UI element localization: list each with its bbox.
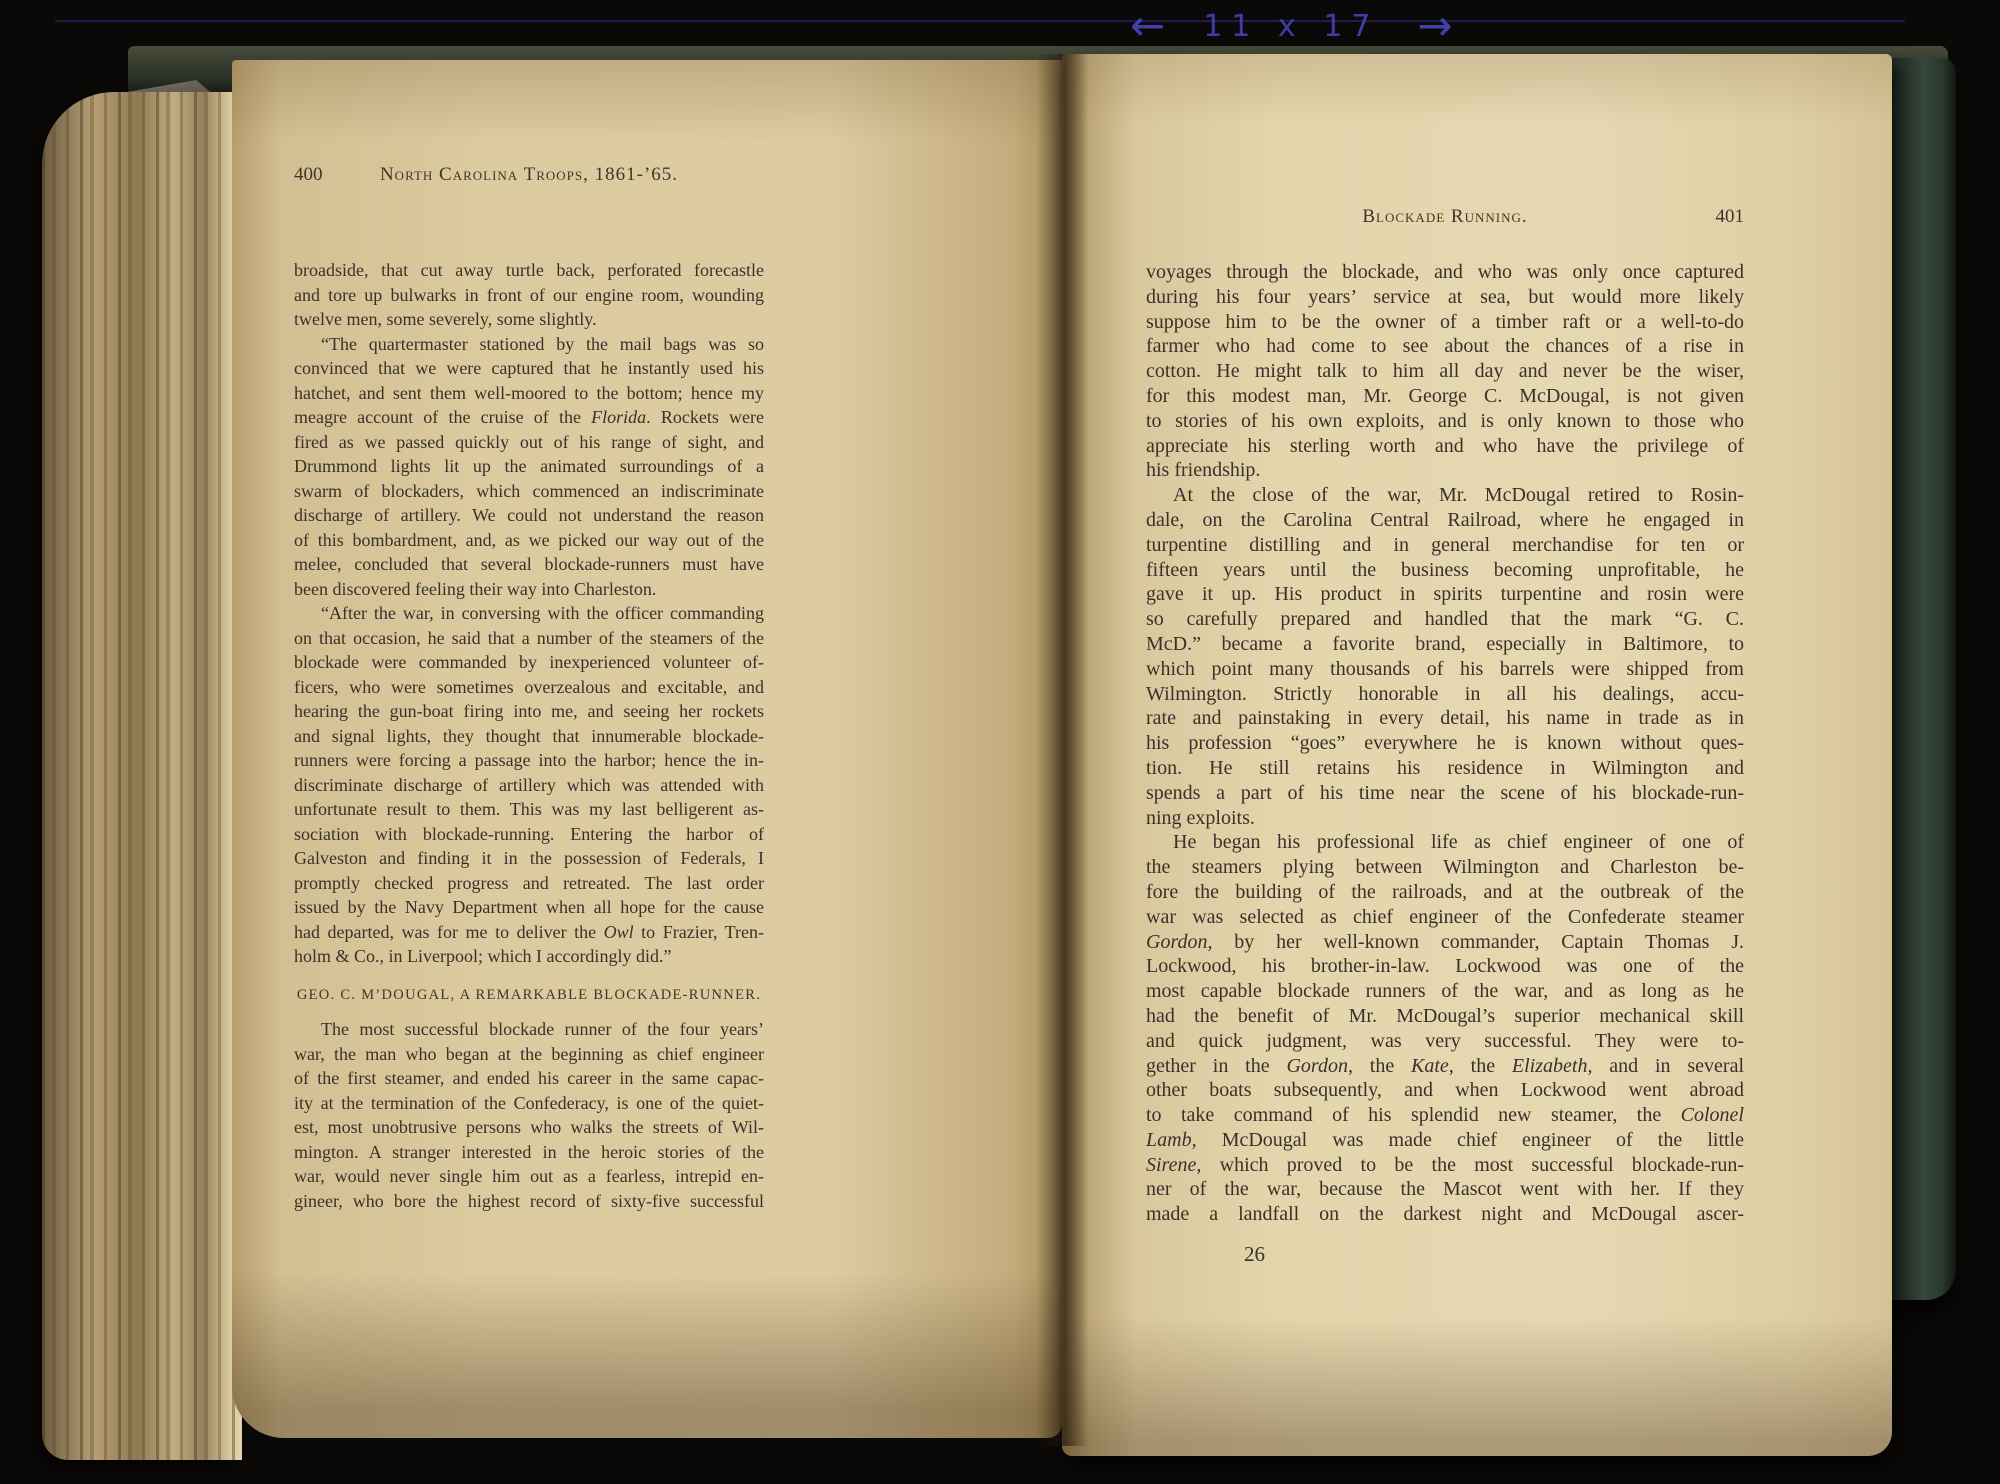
text-line: and quick judgment, was very successful.… [1146,1029,1744,1054]
text-line: during his four years’ service at sea, b… [1146,285,1744,310]
text-line: ficers, who were sometimes overzealous a… [294,675,764,700]
text-line: Galveston and finding it in the possessi… [294,846,764,871]
text-line: Sirene, which proved to be the most succ… [1146,1153,1744,1178]
text-line: and tore up bulwarks in front of our eng… [294,283,764,308]
paragraph: “The quartermaster stationed by the mail… [294,332,764,602]
text-line: so carefully prepared and handled that t… [1146,607,1744,632]
text-line: farmer who had come to see about the cha… [1146,334,1744,359]
text-line: ner of the war, because the Mascot went … [1146,1177,1744,1202]
text-line: fired as we passed quickly out of his ra… [294,430,764,455]
text-line: unfortunate result to them. This was my … [294,797,764,822]
left-page: 400 North Carolina Troops, 1861-’65. bro… [232,60,1062,1438]
text-line: war, the man who began at the beginning … [294,1042,764,1067]
text-line: mington. A stranger interested in the he… [294,1140,764,1165]
text-line: discriminate discharge of artillery whic… [294,773,764,798]
text-line: for this modest man, Mr. George C. McDou… [1146,384,1744,409]
right-running-title: Blockade Running. [1226,206,1664,228]
right-page: Blockade Running. 401 voyages through th… [1062,54,1892,1456]
text-line: ning exploits. [1146,806,1744,831]
text-line: McD.” became a favorite brand, especiall… [1146,632,1744,657]
text-line: “The quartermaster stationed by the mail… [294,332,764,357]
text-line: voyages through the blockade, and who wa… [1146,260,1744,285]
text-line: been discovered feeling their way into C… [294,577,764,602]
left-text-block-b: The most successful blockade runner of t… [294,1017,764,1213]
text-line: made a landfall on the darkest night and… [1146,1202,1744,1227]
size-annotation: ← 11 x 17 → [1130,0,1550,52]
text-line: cotton. He might talk to him all day and… [1146,359,1744,384]
text-line: meagre account of the cruise of the Flor… [294,405,764,430]
text-line: had departed, was for me to deliver the … [294,920,764,945]
text-line: gether in the Gordon, the Kate, the Eliz… [1146,1054,1744,1079]
text-line: “After the war, in conversing with the o… [294,601,764,626]
text-line: est, most unobtrusive persons who walks … [294,1115,764,1140]
text-line: suppose him to be the owner of a timber … [1146,310,1744,335]
paragraph: “After the war, in conversing with the o… [294,601,764,969]
text-line: dale, on the Carolina Central Railroad, … [1146,508,1744,533]
text-line: ity at the termination of the Confederac… [294,1091,764,1116]
size-label: 11 x 17 [1203,9,1379,44]
text-line: holm & Co., in Liverpool; which I accord… [294,944,764,969]
text-line: swarm of blockaders, which commenced an … [294,479,764,504]
text-line: his friendship. [1146,458,1744,483]
fore-edge-page-stack [42,92,242,1460]
left-page-number: 400 [294,164,374,186]
text-line: other boats subsequently, and when Lockw… [1146,1078,1744,1103]
text-line: melee, concluded that several blockade-r… [294,552,764,577]
text-line: Lockwood, his brother-in-law. Lockwood w… [1146,954,1744,979]
text-line: Gordon, by her well-known commander, Cap… [1146,930,1744,955]
text-line: appreciate his sterling worth and who ha… [1146,434,1744,459]
left-running-title: North Carolina Troops, 1861-’65. [374,164,684,186]
text-line: discharge of artillery. We could not und… [294,503,764,528]
text-line: on that occasion, he said that a number … [294,626,764,651]
text-line: Lamb, McDougal was made chief engineer o… [1146,1128,1744,1153]
text-line: promptly checked progress and retreated.… [294,871,764,896]
left-text-block-a: broadside, that cut away turtle back, pe… [294,258,764,969]
text-line: gineer, who bore the highest record of s… [294,1189,764,1214]
text-line: spends a part of his time near the scene… [1146,781,1744,806]
text-line: convinced that we were captured that he … [294,356,764,381]
text-line: Drummond lights lit up the animated surr… [294,454,764,479]
text-line: and signal lights, they thought that inn… [294,724,764,749]
paragraph: broadside, that cut away turtle back, pe… [294,258,764,332]
left-arrow-icon: ← [1130,6,1165,46]
text-line: war, would never single him out as a fea… [294,1164,764,1189]
annotation-ruled-line [55,20,1905,22]
right-page-body: voyages through the blockade, and who wa… [1146,260,1744,1227]
text-line: turpentine distilling and in general mer… [1146,533,1744,558]
paragraph: The most successful blockade runner of t… [294,1017,764,1213]
text-line: tion. He still retains his residence in … [1146,756,1744,781]
left-page-body: broadside, that cut away turtle back, pe… [294,258,764,1213]
text-line: hearing the gun-boat firing into me, and… [294,699,764,724]
text-line: war was selected as chief engineer of th… [1146,905,1744,930]
text-line: to stories of his own exploits, and is o… [1146,409,1744,434]
scanned-book-photo: { "annotation": { "left_arrow": "←", "la… [0,0,2000,1484]
text-line: hatchet, and sent them well-moored to th… [294,381,764,406]
text-line: had the benefit of Mr. McDougal’s superi… [1146,1004,1744,1029]
text-line: most capable blockade runners of the war… [1146,979,1744,1004]
text-line: He began his professional life as chief … [1146,830,1744,855]
text-line: runners were forcing a passage into the … [294,748,764,773]
text-line: of the first steamer, and ended his care… [294,1066,764,1091]
right-arrow-icon: → [1417,6,1452,46]
book-cover-right-edge [1886,58,1956,1300]
paragraph: voyages through the blockade, and who wa… [1146,260,1744,483]
text-line: fifteen years until the business becomin… [1146,558,1744,583]
text-line: of this bombardment, and, as we picked o… [294,528,764,553]
text-line: broadside, that cut away turtle back, pe… [294,258,764,283]
paragraph: He began his professional life as chief … [1146,830,1744,1227]
text-line: twelve men, some severely, some slightly… [294,307,764,332]
text-line: the steamers plying between Wilmington a… [1146,855,1744,880]
right-text-block: voyages through the blockade, and who wa… [1146,260,1744,1227]
text-line: his profession “goes” everywhere he is k… [1146,731,1744,756]
section-heading: GEO. C. M’DOUGAL, A REMARKABLE BLOCKADE-… [294,983,764,1008]
right-running-head: Blockade Running. 401 [1146,206,1744,228]
text-line: sociation with blockade-running. Enterin… [294,822,764,847]
text-line: rate and painstaking in every detail, hi… [1146,706,1744,731]
text-line: gave it up. His product in spirits turpe… [1146,582,1744,607]
text-line: which point many thousands of his barrel… [1146,657,1744,682]
text-line: fore the building of the railroads, and … [1146,880,1744,905]
text-line: Wilmington. Strictly honorable in all hi… [1146,682,1744,707]
text-line: issued by the Navy Department when all h… [294,895,764,920]
right-page-number: 401 [1664,206,1744,228]
text-line: blockade were commanded by inexperienced… [294,650,764,675]
text-line: The most successful blockade runner of t… [294,1017,764,1042]
text-line: to take command of his splendid new stea… [1146,1103,1744,1128]
paragraph: At the close of the war, Mr. McDougal re… [1146,483,1744,830]
left-running-head: 400 North Carolina Troops, 1861-’65. [294,164,764,186]
text-line: At the close of the war, Mr. McDougal re… [1146,483,1744,508]
signature-mark: 26 [1244,1242,1265,1267]
